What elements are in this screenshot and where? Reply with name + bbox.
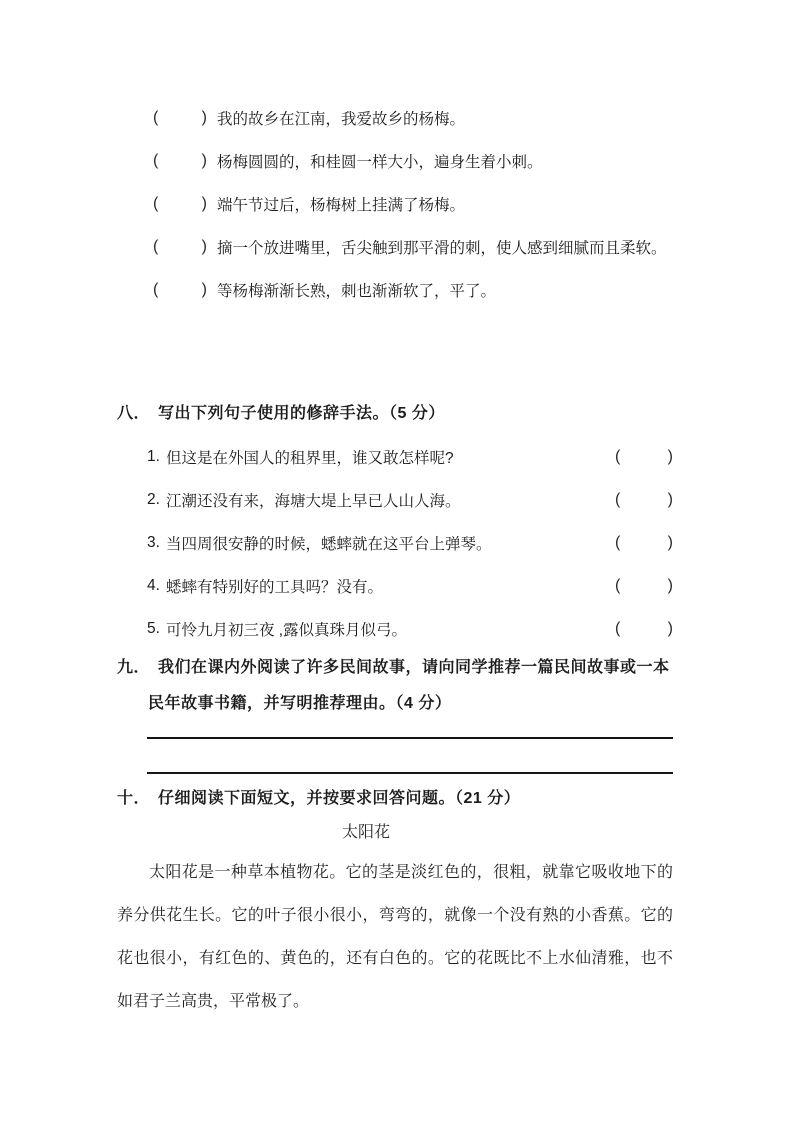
answer-bracket-slot: () (153, 109, 207, 127)
bracket-close: ) (202, 195, 207, 213)
section-8-rhetoric: 八．写出下列句子使用的修辞手法。（5 分） 1. 但这是在外国人的租界里，谁又敢… (117, 392, 673, 650)
answer-bracket-slot: () (615, 577, 673, 595)
bracket-close: ) (202, 238, 207, 256)
ordering-item-text: 等杨梅渐渐长熟，刺也渐渐软了，平了。 (217, 279, 496, 301)
rhetoric-item-text: 可怜九月初三夜 ,露似真珠月似弓。 (166, 618, 407, 640)
answer-blank-line (147, 772, 673, 774)
bracket-close: ) (668, 491, 673, 509)
rhetoric-item: 2. 江潮还没有来，海塘大堤上早已人山人海。 () (117, 478, 673, 521)
ordering-section: () 我的故乡在江南，我爱故乡的杨梅。 () 杨梅圆圆的，和桂圆一样大小，遍身生… (117, 96, 673, 311)
rhetoric-item: 4. 蟋蟀有特别好的工具吗？没有。 () (117, 564, 673, 607)
rhetoric-item: 3. 当四周很安静的时候，蟋蟀就在这平台上弹琴。 () (117, 521, 673, 564)
bracket-open: ( (153, 238, 158, 256)
section-8-heading: 八．写出下列句子使用的修辞手法。（5 分） (117, 392, 673, 435)
passage-title: 太阳花 (117, 820, 615, 846)
ordering-item-text: 摘一个放进嘴里，舌尖触到那平滑的刺，使人感到细腻而且柔软。 (217, 236, 667, 258)
bracket-close: ) (668, 620, 673, 638)
exam-page: () 我的故乡在江南，我爱故乡的杨梅。 () 杨梅圆圆的，和桂圆一样大小，遍身生… (0, 0, 793, 1023)
section-10-heading: 十．仔细阅读下面短文，并按要求回答问题。（21 分） (117, 777, 673, 820)
ordering-item: () 我的故乡在江南，我爱故乡的杨梅。 (117, 96, 673, 139)
bracket-open: ( (153, 281, 158, 299)
answer-bracket-slot: () (153, 152, 207, 170)
answer-bracket-slot: () (615, 491, 673, 509)
item-number: 4. (147, 577, 160, 595)
section-number: 八． (117, 405, 150, 422)
passage-text: 太阳花是一种草本植物花。它的茎是淡红色的，很粗，就靠它吸收地下的养分供花生长。它… (117, 851, 673, 1023)
section-9-recommendation: 九．我们在课内外阅读了许多民间故事，请向同学推荐一篇民间故事或一本民年故事书籍，… (117, 650, 673, 774)
answer-blank-line (147, 737, 673, 739)
section-title: 仔细阅读下面短文，并按要求回答问题。（21 分） (158, 790, 520, 807)
bracket-close: ) (668, 448, 673, 466)
answer-bracket-slot: () (615, 448, 673, 466)
item-number: 5. (147, 620, 160, 638)
item-number: 3. (147, 534, 160, 552)
ordering-item-text: 杨梅圆圆的，和桂圆一样大小，遍身生着小刺。 (217, 150, 543, 172)
section-9-heading: 九．我们在课内外阅读了许多民间故事，请向同学推荐一篇民间故事或一本民年故事书籍，… (117, 650, 673, 722)
item-number: 1. (147, 448, 160, 466)
answer-bracket-slot: () (153, 238, 207, 256)
section-title: 写出下列句子使用的修辞手法。（5 分） (158, 405, 445, 422)
bracket-open: ( (615, 577, 620, 595)
rhetoric-item: 1. 但这是在外国人的租界里，谁又敢怎样呢? () (117, 435, 673, 478)
ordering-item: () 杨梅圆圆的，和桂圆一样大小，遍身生着小刺。 (117, 139, 673, 182)
bracket-open: ( (615, 620, 620, 638)
section-title: 我们在课内外阅读了许多民间故事，请向同学推荐一篇民间故事或一本民年故事书籍，并写… (148, 659, 670, 712)
ordering-item-text: 我的故乡在江南，我爱故乡的杨梅。 (217, 107, 465, 129)
rhetoric-item: 5. 可怜九月初三夜 ,露似真珠月似弓。 () (117, 607, 673, 650)
bracket-close: ) (202, 281, 207, 299)
exam-content: () 我的故乡在江南，我爱故乡的杨梅。 () 杨梅圆圆的，和桂圆一样大小，遍身生… (117, 96, 673, 1023)
bracket-close: ) (202, 109, 207, 127)
bracket-close: ) (202, 152, 207, 170)
bracket-open: ( (153, 109, 158, 127)
section-10-reading: 十．仔细阅读下面短文，并按要求回答问题。（21 分） 太阳花 太阳花是一种草本植… (117, 777, 673, 1023)
bracket-open: ( (615, 534, 620, 552)
bracket-open: ( (153, 195, 158, 213)
section-number: 九． (117, 659, 150, 676)
answer-bracket-slot: () (153, 195, 207, 213)
answer-bracket-slot: () (615, 620, 673, 638)
rhetoric-item-text: 蟋蟀有特别好的工具吗？没有。 (166, 575, 383, 597)
ordering-item: () 等杨梅渐渐长熟，刺也渐渐软了，平了。 (117, 268, 673, 311)
section-number: 十． (117, 790, 150, 807)
answer-bracket-slot: () (615, 534, 673, 552)
ordering-item: () 摘一个放进嘴里，舌尖触到那平滑的刺，使人感到细腻而且柔软。 (117, 225, 673, 268)
bracket-close: ) (668, 534, 673, 552)
rhetoric-item-text: 当四周很安静的时候，蟋蟀就在这平台上弹琴。 (166, 532, 492, 554)
item-number: 2. (147, 491, 160, 509)
rhetoric-item-text: 江潮还没有来，海塘大堤上早已人山人海。 (166, 489, 461, 511)
ordering-item-text: 端午节过后，杨梅树上挂满了杨梅。 (217, 193, 465, 215)
bracket-open: ( (615, 448, 620, 466)
bracket-open: ( (615, 491, 620, 509)
answer-bracket-slot: () (153, 281, 207, 299)
rhetoric-item-text: 但这是在外国人的租界里，谁又敢怎样呢? (166, 446, 454, 468)
bracket-open: ( (153, 152, 158, 170)
bracket-close: ) (668, 577, 673, 595)
ordering-item: () 端午节过后，杨梅树上挂满了杨梅。 (117, 182, 673, 225)
